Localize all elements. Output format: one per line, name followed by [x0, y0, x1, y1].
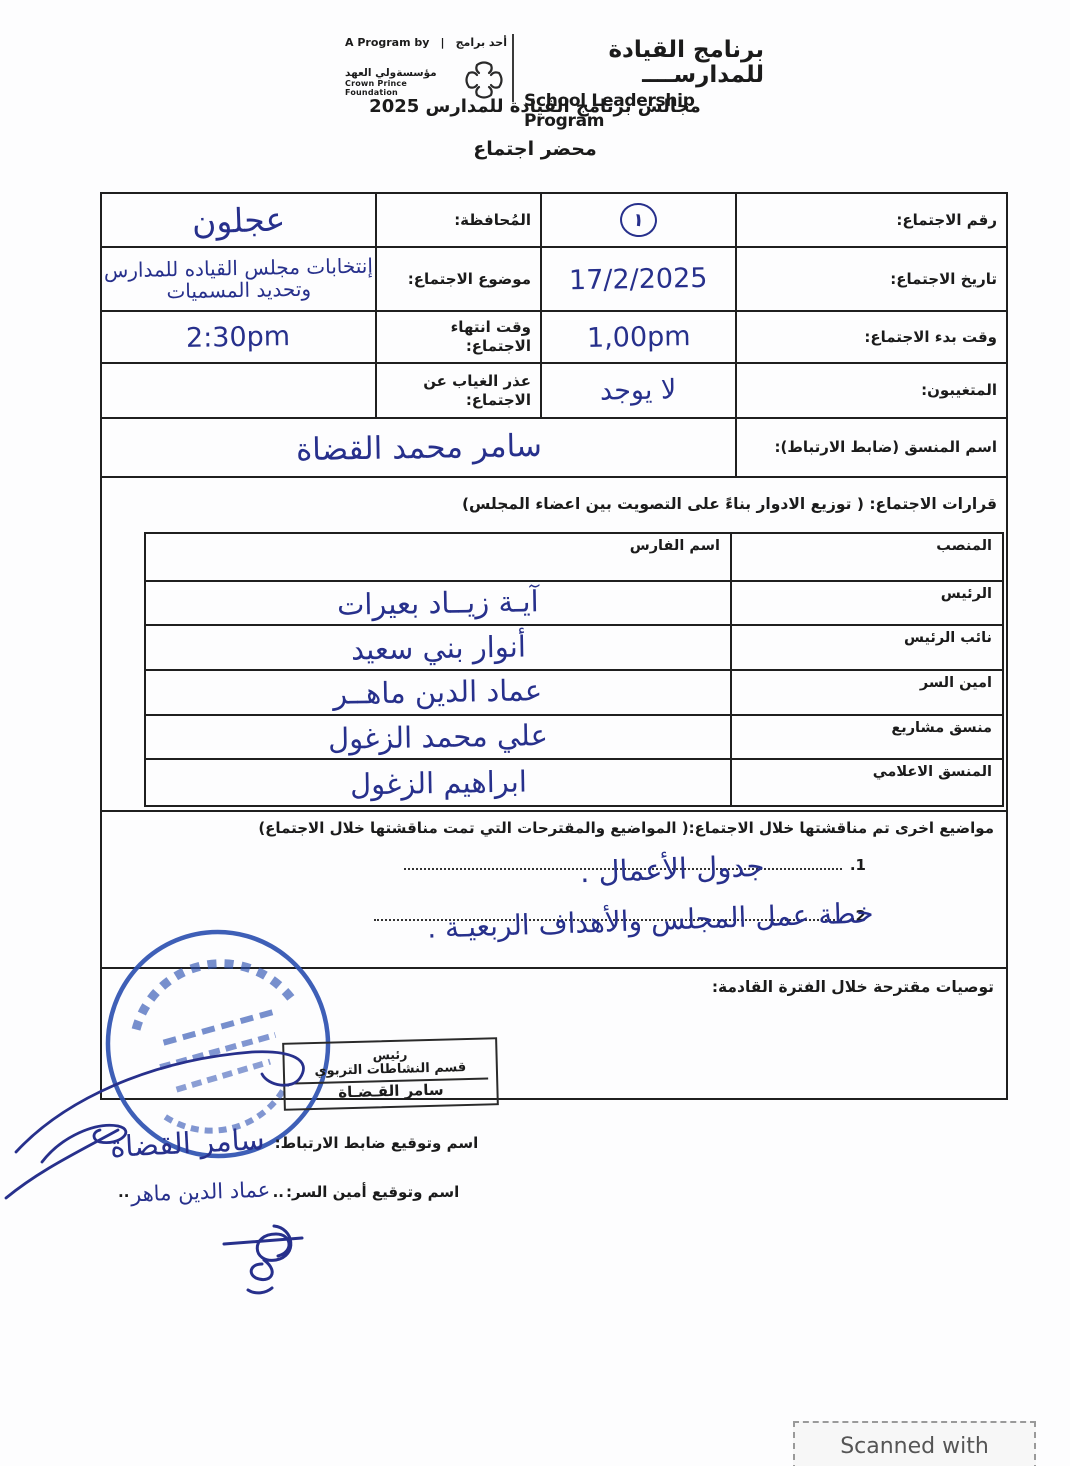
start-time-label: وقت بدء الاجتماع: — [735, 312, 1006, 362]
program-by-line: A Program by | أحد برامج — [345, 36, 507, 49]
liaison-signature-label: اسم وتوقيع ضابط الارتباط: — [275, 1134, 479, 1152]
meeting-subject-label: موضوع الاجتماع: — [375, 248, 540, 310]
coordinator-label: اسم المنسق (ضابط الارتباط): — [735, 419, 1006, 476]
position-row-media-coordinator: المنسق الاعلامي ابراهيم الزغول — [146, 760, 1002, 805]
vice-president-name-handwriting: أنوار بني سعيد — [350, 629, 525, 666]
meeting-number-label: رقم الاجتماع: — [735, 194, 1006, 246]
program-by-ar: أحد برامج — [456, 36, 507, 49]
position-column-header: المنصب — [730, 534, 1002, 580]
end-time-value: 2:30pm — [102, 312, 375, 362]
table-row-times: وقت بدء الاجتماع: 1,00pm وقت انتهاء الاج… — [102, 312, 1006, 364]
table-row-meeting-number: رقم الاجتماع: ١ المُحافظة: عجلون — [102, 194, 1006, 248]
leading-dots: .. — [273, 1183, 284, 1201]
coordinator-value: سامر محمد القضاة — [102, 419, 735, 476]
cpf-name-english: Crown Prince Foundation — [345, 79, 457, 97]
coordinator-handwriting: سامر محمد القضاة — [295, 427, 542, 467]
scanned-with-watermark: Scanned with — [793, 1421, 1036, 1466]
positions-table: المنصب اسم الفارس الرئيس آيـة زيــاد بعي… — [144, 532, 1004, 807]
start-time-value: 1,00pm — [540, 312, 735, 362]
position-row-vice-president: نائب الرئيس أنوار بني سعيد — [146, 626, 1002, 671]
absence-excuse-label: عذر الغياب عن الاجتماع: — [375, 364, 540, 417]
liaison-signature-row: اسم وتوقيع ضابط الارتباط: سامر القضاة — [110, 1126, 478, 1160]
cpf-name-arabic: مؤسسةولي العهد — [345, 67, 457, 79]
trailing-dots: .. — [118, 1183, 129, 1201]
decisions-row: قرارات الاجتماع: ( توزيع الادوار بناءً ع… — [102, 478, 1006, 532]
media-coordinator-name-handwriting: ابراهيم الزغول — [349, 764, 526, 801]
meeting-number-value: ١ — [540, 194, 735, 246]
position-row-president: الرئيس آيـة زيــاد بعيرات — [146, 582, 1002, 627]
topic-1-handwriting: جدول الأعمال . — [579, 848, 765, 888]
position-label: الرئيس — [730, 582, 1002, 625]
councils-subtitle: مجالس برنامج القيادة للمدارس 2025 — [0, 96, 1070, 117]
secretary-signature-squiggle — [218, 1218, 328, 1302]
end-time-label: وقت انتهاء الاجتماع: — [375, 312, 540, 362]
table-row-coordinator: اسم المنسق (ضابط الارتباط): سامر محمد ال… — [102, 419, 1006, 478]
decisions-label: قرارات الاجتماع: ( توزيع الادوار بناءً ع… — [453, 491, 1006, 518]
start-time-handwriting: 1,00pm — [586, 321, 690, 354]
absence-excuse-value — [102, 364, 375, 417]
table-row-absentees: المتغيبون: لا يوجد عذر الغياب عن الاجتما… — [102, 364, 1006, 419]
positions-header-row: المنصب اسم الفارس — [146, 534, 1002, 582]
meeting-date-handwriting: 17/2/2025 — [569, 262, 708, 295]
circled-meeting-number: ١ — [618, 201, 659, 240]
positions-table-wrapper: المنصب اسم الفارس الرئيس آيـة زيــاد بعي… — [102, 532, 1006, 810]
scanned-with-text: Scanned with — [840, 1434, 989, 1459]
scanned-meeting-minutes-page: A Program by | أحد برامج مؤسسةولي العهد … — [0, 0, 1070, 1466]
header-divider — [512, 34, 514, 102]
logo-arabic: برنامج القيادة للمدارســــ — [524, 38, 764, 89]
subject-line-1: إنتخابات مجلس القياده للمدارس — [104, 254, 374, 281]
position-label: نائب الرئيس — [730, 626, 1002, 669]
end-time-handwriting: 2:30pm — [186, 321, 291, 354]
secretary-name-handwriting: عماد الدين ماهــر — [333, 674, 543, 712]
projects-coordinator-name-handwriting: علي محمد الزغول — [328, 718, 548, 756]
meeting-subject-handwriting: إنتخابات مجلس القياده للمدارس وتحديد الم… — [104, 254, 374, 303]
absentees-label: المتغيبون: — [735, 364, 1006, 417]
position-label: المنسق الاعلامي — [730, 760, 1002, 805]
absentees-handwriting: لا يوجد — [600, 374, 677, 406]
topic-1-number: .1 — [850, 856, 866, 874]
secretary-signature-label: اسم وتوقيع أمين السر: — [286, 1183, 459, 1201]
crown-prince-foundation-text: مؤسسةولي العهد Crown Prince Foundation — [345, 67, 457, 97]
secretary-signature-row: اسم وتوقيع أمين السر: .. عماد الدين ماهر… — [118, 1180, 459, 1204]
document-title: محضر اجتماع — [0, 138, 1070, 160]
other-topics-label: مواضيع اخرى تم مناقشتها خلال الاجتماع:( … — [114, 819, 994, 839]
absentees-value: لا يوجد — [540, 364, 735, 417]
governorate-label: المُحافظة: — [375, 194, 540, 246]
program-by-en: A Program by — [345, 36, 429, 49]
governorate-value: عجلون — [102, 194, 375, 246]
topic-item-1: .1 جدول الأعمال . — [114, 848, 994, 890]
liaison-signature-handwriting: سامر القضاة — [109, 1122, 265, 1164]
program-by-separator: | — [441, 36, 445, 49]
meeting-subject-value: إنتخابات مجلس القياده للمدارس وتحديد الم… — [102, 248, 375, 310]
position-row-projects-coordinator: منسق مشاريع علي محمد الزغول — [146, 716, 1002, 761]
position-label: منسق مشاريع — [730, 716, 1002, 759]
meeting-date-value: 17/2/2025 — [540, 248, 735, 310]
president-name-handwriting: آيـة زيــاد بعيرات — [337, 584, 539, 622]
secretary-signature-handwriting: عماد الدين ماهر — [131, 1178, 271, 1207]
position-label: امين السر — [730, 671, 1002, 714]
name-column-header: اسم الفارس — [146, 534, 730, 580]
governorate-handwriting: عجلون — [191, 199, 286, 241]
table-row-date-subject: تاريخ الاجتماع: 17/2/2025 موضوع الاجتماع… — [102, 248, 1006, 312]
meeting-date-label: تاريخ الاجتماع: — [735, 248, 1006, 310]
position-row-secretary: امين السر عماد الدين ماهــر — [146, 671, 1002, 716]
